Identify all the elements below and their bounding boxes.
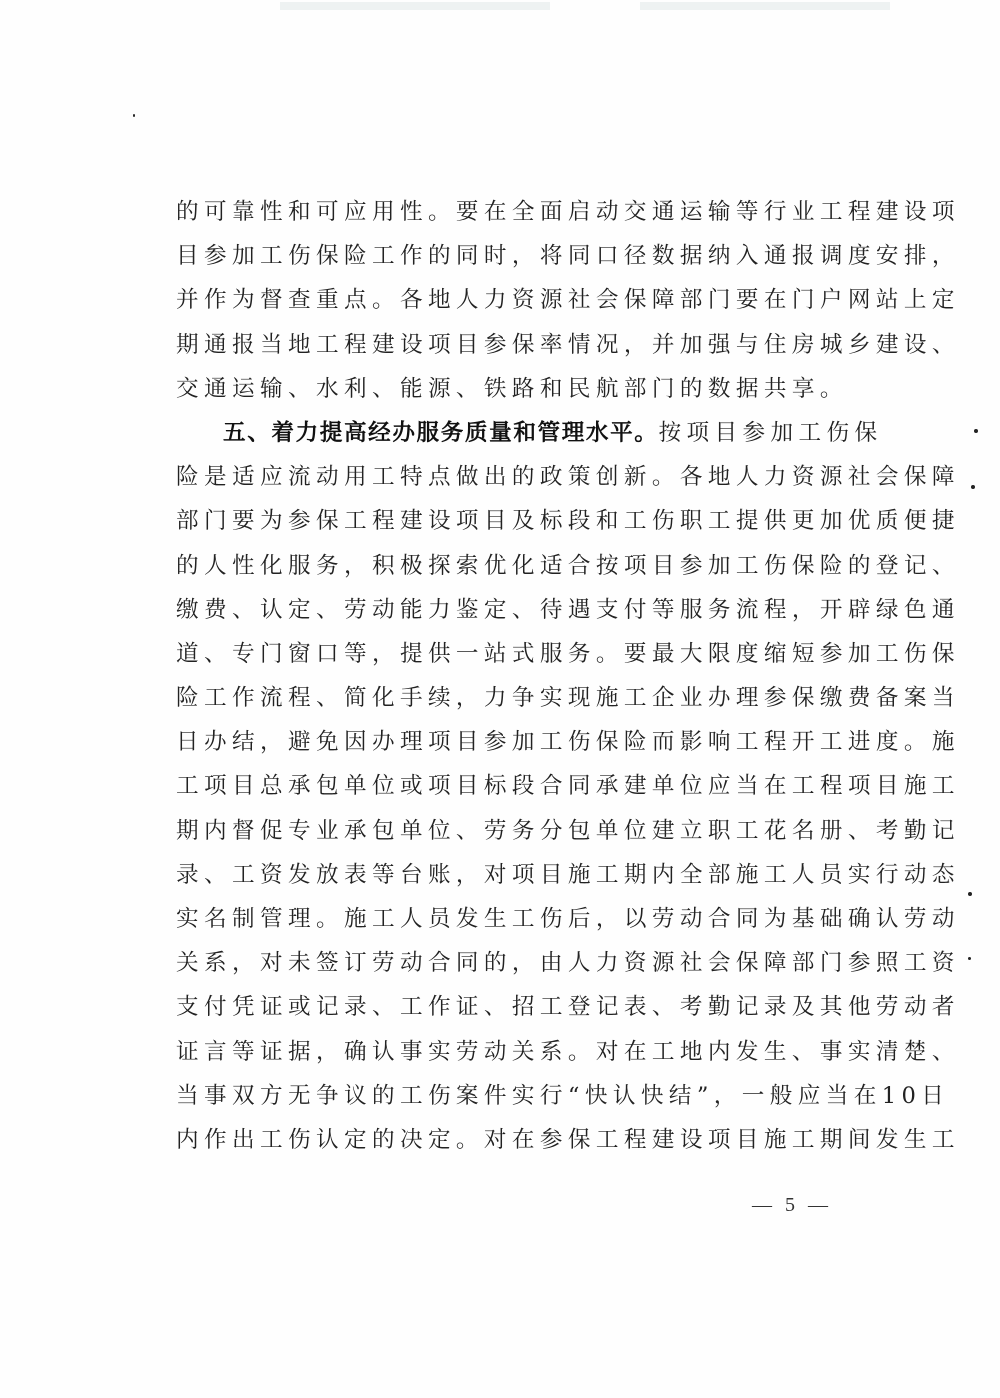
scan-speck	[968, 892, 972, 896]
text-line: 支付凭证或记录、工作证、招工登记表、考勤记录及其他劳动者	[176, 985, 856, 1029]
text-line: 日办结，避免因办理项目参加工伤保险而影响工程开工进度。施	[176, 720, 856, 764]
text-line: 实名制管理。施工人员发生工伤后，以劳动合同为基础确认劳动	[176, 897, 856, 941]
section-heading: 五、着力提高经办服务质量和管理水平。	[223, 420, 659, 446]
scan-bleed-mark	[640, 2, 890, 10]
text-line: 目参加工伤保险工作的同时，将同口径数据纳入通报调度安排，	[176, 234, 856, 278]
text-line: 内作出工伤认定的决定。对在参保工程建设项目施工期间发生工	[176, 1118, 856, 1162]
text-line: 期内督促专业承包单位、劳务分包单位建立职工花名册、考勤记	[176, 809, 856, 853]
text-line: 并作为督查重点。各地人力资源社会保障部门要在门户网站上定	[176, 278, 856, 322]
scan-speck	[971, 485, 975, 489]
text-line: 期通报当地工程建设项目参保率情况，并加强与住房城乡建设、	[176, 323, 856, 367]
text-line: 关系，对未签订劳动合同的，由人力资源社会保障部门参照工资	[176, 941, 856, 985]
scan-speck	[974, 429, 978, 433]
scan-bleed-mark	[280, 2, 550, 10]
page-number: — 5 —	[752, 1194, 832, 1217]
text-line: 工项目总承包单位或项目标段合同承建单位应当在工程项目施工	[176, 764, 856, 808]
text-run: 按项目参加工伤保	[659, 420, 883, 446]
text-line: 证言等证据，确认事实劳动关系。对在工地内发生、事实清楚、	[176, 1030, 856, 1074]
section-heading-line: 五、着力提高经办服务质量和管理水平。按项目参加工伤保	[176, 411, 856, 455]
paragraph-section-5: 五、着力提高经办服务质量和管理水平。按项目参加工伤保 险是适应流动用工特点做出的…	[176, 411, 856, 1162]
paragraph-data-sharing: 的可靠性和可应用性。要在全面启动交通运输等行业工程建设项 目参加工伤保险工作的同…	[176, 190, 856, 411]
document-body: 的可靠性和可应用性。要在全面启动交通运输等行业工程建设项 目参加工伤保险工作的同…	[176, 190, 856, 1162]
text-line: 当事双方无争议的工伤案件实行“快认快结”，一般应当在10日	[176, 1074, 856, 1118]
text-line: 缴费、认定、劳动能力鉴定、待遇支付等服务流程，开辟绿色通	[176, 588, 856, 632]
scan-speck	[968, 957, 971, 960]
text-line: 交通运输、水利、能源、铁路和民航部门的数据共享。	[176, 367, 856, 411]
text-line: 险工作流程、简化手续，力争实现施工企业办理参保缴费备案当	[176, 676, 856, 720]
document-page: 的可靠性和可应用性。要在全面启动交通运输等行业工程建设项 目参加工伤保险工作的同…	[0, 0, 1000, 1398]
text-line: 的人性化服务，积极探索优化适合按项目参加工伤保险的登记、	[176, 544, 856, 588]
text-line: 的可靠性和可应用性。要在全面启动交通运输等行业工程建设项	[176, 190, 856, 234]
text-line: 道、专门窗口等，提供一站式服务。要最大限度缩短参加工伤保	[176, 632, 856, 676]
text-line: 录、工资发放表等台账，对项目施工期内全部施工人员实行动态	[176, 853, 856, 897]
text-line: 险是适应流动用工特点做出的政策创新。各地人力资源社会保障	[176, 455, 856, 499]
scan-speck	[133, 114, 135, 117]
text-line: 部门要为参保工程建设项目及标段和工伤职工提供更加优质便捷	[176, 499, 856, 543]
